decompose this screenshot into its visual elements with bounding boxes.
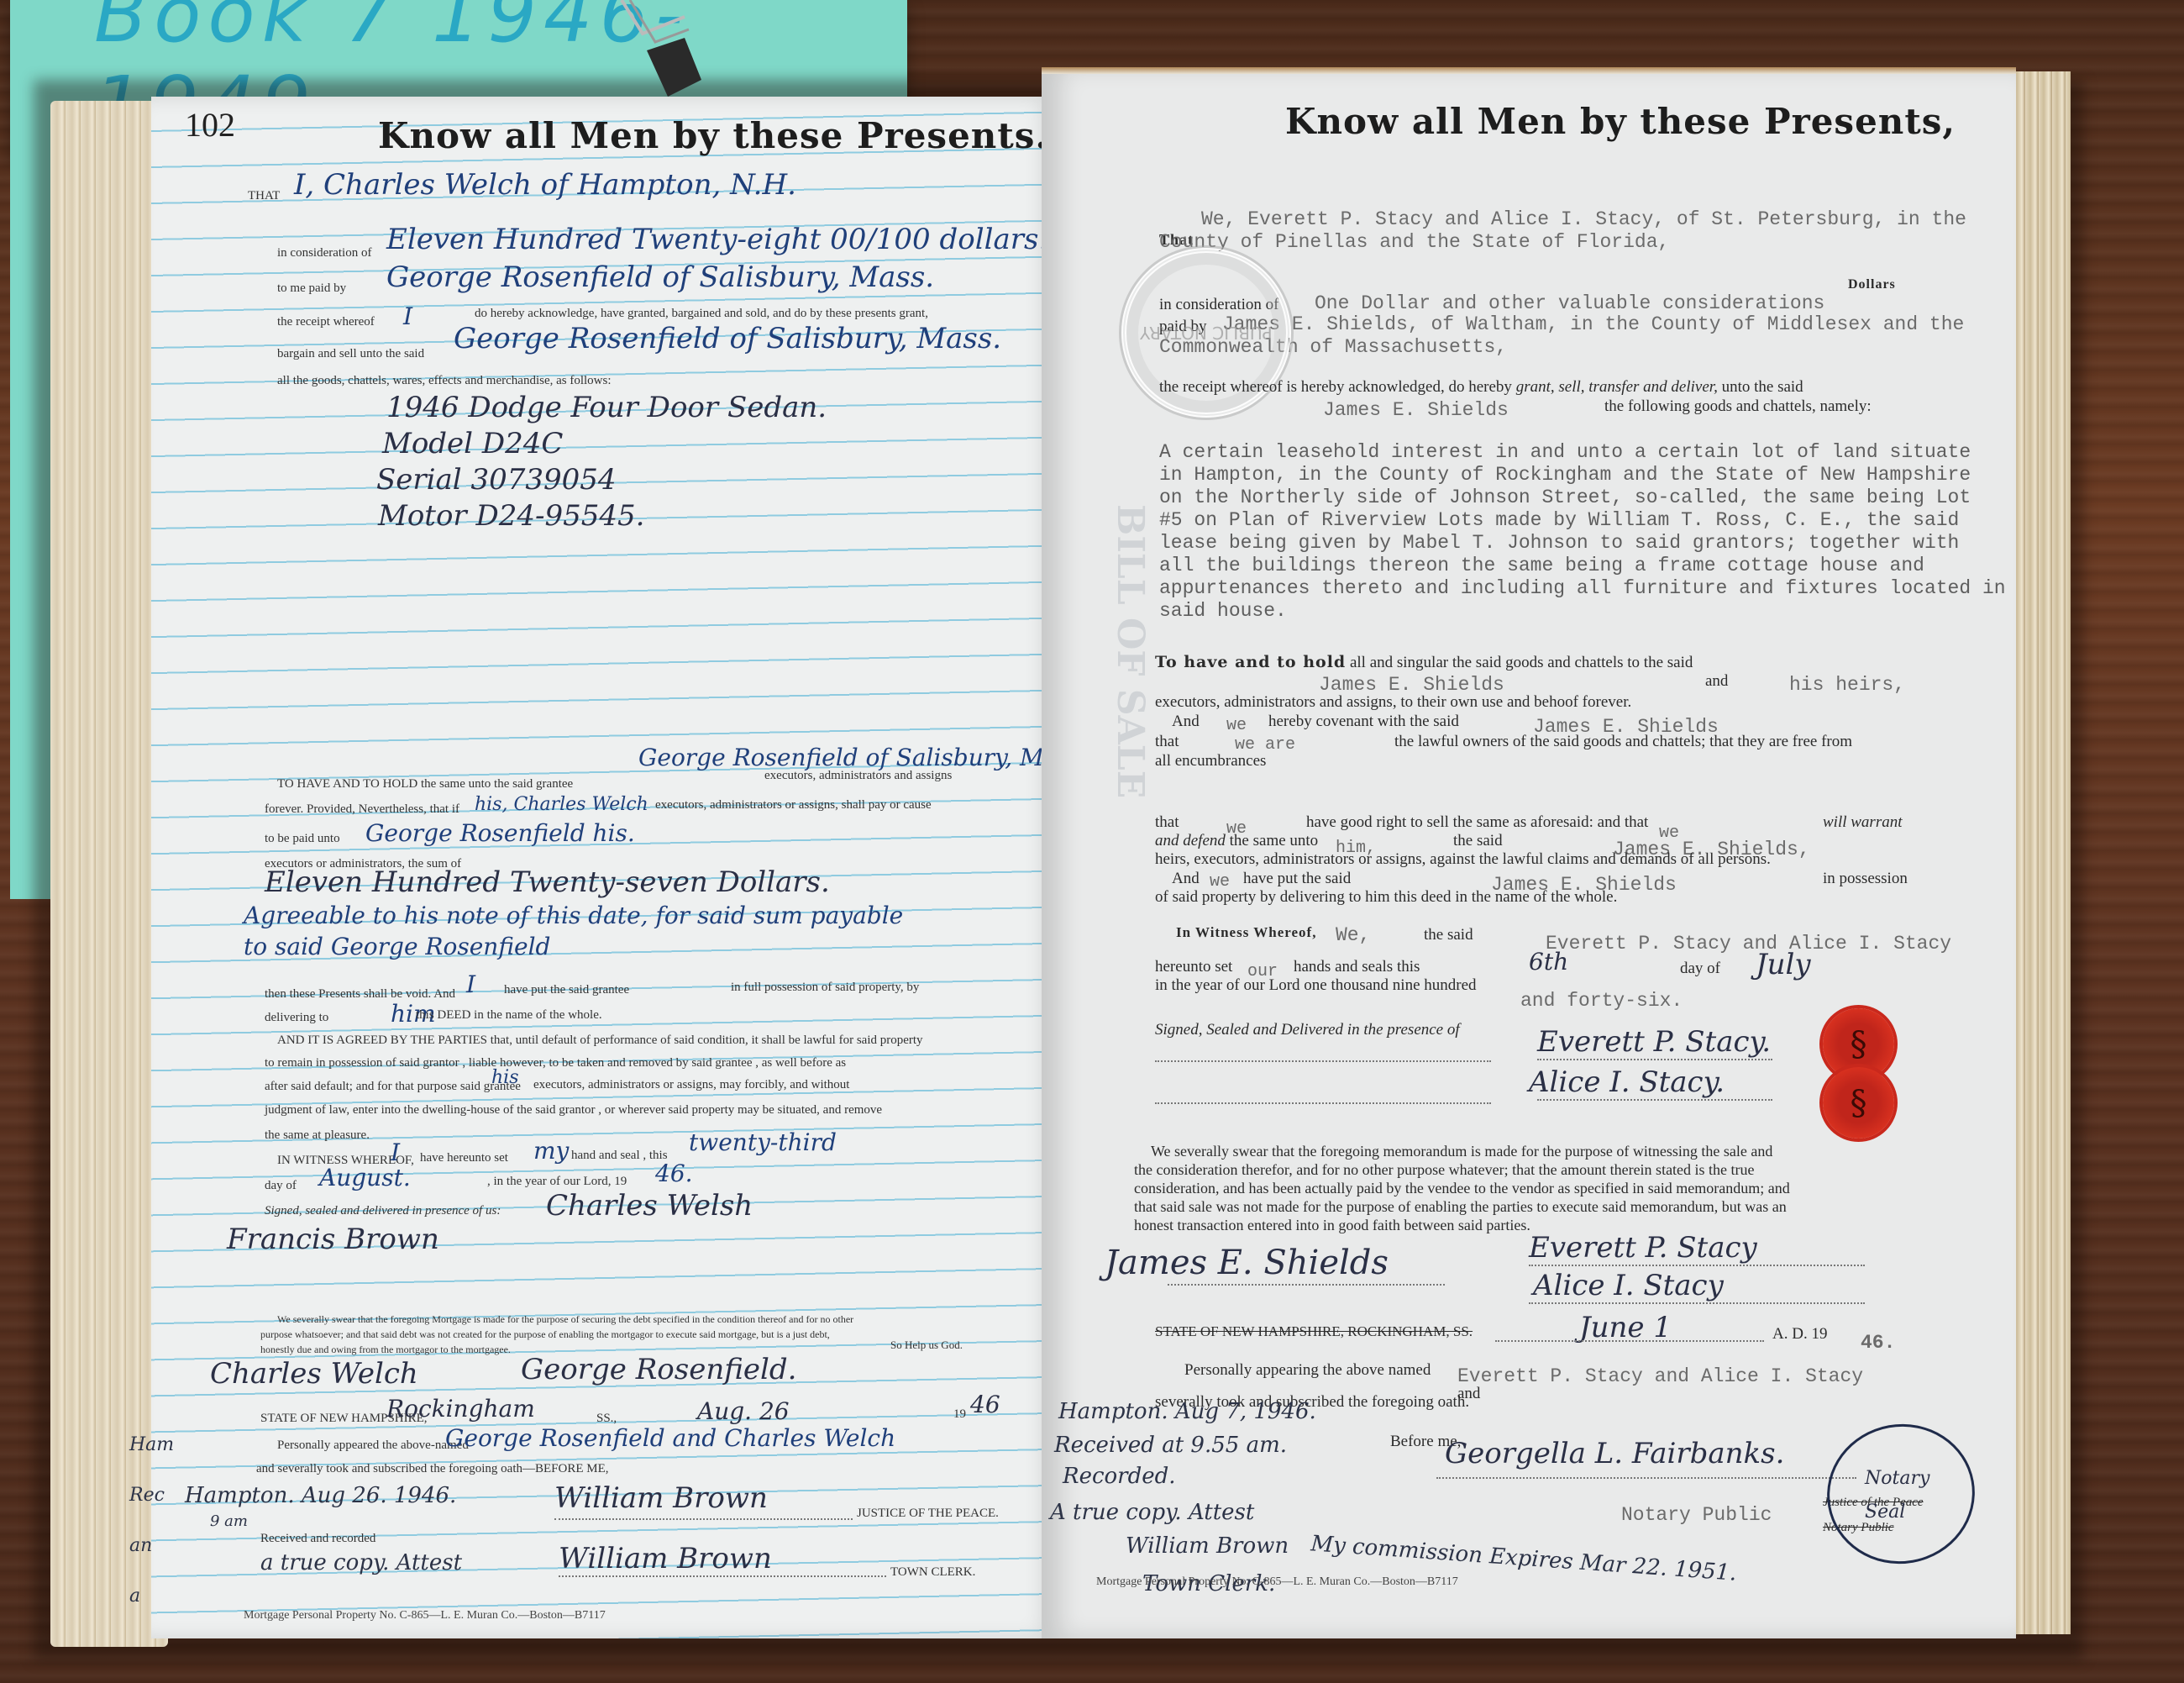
recorded-label: Received and recorded (260, 1532, 375, 1546)
ad-label: A. D. 19 (1772, 1325, 1827, 1344)
receipt-text: the receipt whereof is hereby acknowledg… (1159, 378, 1803, 397)
oath-signature-grantor: Charles Welch (210, 1357, 418, 1391)
state-label-struck: STATE OF NEW HAMPSHIRE, ROCKINGHAM, SS. (1155, 1323, 1473, 1340)
recorded-note-2: Received at 9.55 am. (1054, 1433, 1287, 1458)
witness-day-handwritten: twenty-third (689, 1128, 837, 1156)
warrant-text: will warrant (1823, 813, 1903, 831)
grantors-typed-1: We, Everett P. Stacy and Alice I. Stacy,… (1201, 208, 1966, 230)
notary-line (1436, 1477, 1856, 1479)
habendum-line: To have and to hold all and singular the… (1155, 653, 1693, 672)
habendum-heirs: his heirs, (1789, 674, 1905, 696)
witness-hand-seal: hand and seal , this (571, 1149, 668, 1163)
right-page-footer: Mortgage Personal Property No. C-865—L. … (1096, 1575, 1458, 1589)
attest-note: a true copy. Attest (260, 1550, 462, 1575)
witness-my: my (533, 1137, 569, 1165)
goods-line: in Hampton, in the County of Rockingham … (1159, 464, 1971, 486)
void-text-b: have put the said grantee (504, 983, 629, 997)
signed-delivered-label: Signed, sealed and delivered in presence… (265, 1204, 501, 1218)
defend-line: and defend the same unto (1155, 832, 1318, 850)
grantee-typed: James E. Shields (1323, 399, 1509, 421)
habendum-line-1: TO HAVE AND TO HOLD the same unto the sa… (277, 777, 573, 792)
goods-line: all the buildings thereon the same being… (1159, 555, 1924, 576)
witness-day-handwritten: 6th (1529, 948, 1568, 976)
jp-title: JUSTICE OF THE PEACE. (857, 1507, 999, 1521)
note-handwritten-1: Agreeable to his note of this date, for … (244, 902, 903, 929)
right-warrant: will warrant (1823, 813, 1903, 832)
agreed-line-2: to remain in possession of said grantor … (265, 1056, 846, 1070)
void-pronoun: I (466, 970, 475, 998)
left-page-footer: Mortgage Personal Property No. C-865—L. … (244, 1609, 606, 1623)
receipt-verbs: grant, sell, transfer and deliver, (1516, 378, 1718, 396)
defend-text-a: and defend (1155, 832, 1226, 849)
right-that: that (1155, 813, 1179, 832)
consideration-label: in consideration of (277, 246, 371, 260)
signed-sealed-label: Signed, Sealed and Delivered in the pres… (1155, 1021, 1460, 1039)
page-number: 102 (185, 105, 235, 145)
agreed-line-5: the same at pleasure. (265, 1128, 370, 1143)
margin-note-line: Rec (129, 1485, 165, 1506)
consideration-handwritten: Eleven Hundred Twenty-eight 00/100 dolla… (386, 223, 1047, 256)
agreed-handwritten: his (491, 1067, 519, 1088)
witness-pronoun: I (391, 1139, 400, 1166)
witness-year-typed: and forty-six. (1520, 990, 1683, 1012)
oath-line-2: the consideration therefor, and for no o… (1134, 1161, 1755, 1179)
notary-circle-note: Notary Seal (1865, 1462, 1932, 1529)
notary-typed: Notary Public (1621, 1504, 1772, 1526)
receipt-tail: unto the said (1722, 378, 1803, 396)
recorded-note-1: Hampton. Aug 26. 1946. (185, 1483, 456, 1508)
ack-oath-label: and severally took and subscribed the fo… (256, 1462, 609, 1476)
defend-line-2: heirs, executors, administrators or assi… (1155, 850, 1771, 869)
note-handwritten-2: to said George Rosenfield (244, 933, 550, 960)
defend-said: the said (1453, 832, 1503, 850)
signature-line (1529, 1302, 1865, 1304)
covenant-and: And (1172, 713, 1200, 731)
covenant-text: hereby covenant with the said (1268, 713, 1459, 731)
witness-label: In Witness Whereof, (1176, 924, 1316, 941)
goods-line: said house. (1159, 600, 1287, 622)
right-page-bill-of-sale: Know all Men by these Presents, BILL OF … (1042, 67, 2016, 1638)
paid-by-typed-1: James E. Shields, of Waltham, in the Cou… (1222, 313, 1964, 335)
witness-month-handwritten: August. (319, 1164, 411, 1191)
goods-line: lease being given by Mabel T. Johnson to… (1159, 532, 1959, 554)
margin-note-line: Ham (129, 1434, 174, 1455)
grantors-typed-2: County of Pinellas and the State of Flor… (1159, 231, 1669, 253)
habendum-text: all and singular the said goods and chat… (1350, 654, 1693, 671)
signature-line (1537, 1099, 1772, 1101)
signature-line (1168, 1284, 1445, 1286)
right-page-title: Know all Men by these Presents, (1285, 101, 1956, 142)
goods-line: #5 on Plan of Riverview Lots made by Wil… (1159, 509, 1959, 531)
grantor-signature: Charles Welsh (546, 1189, 753, 1223)
oath-signature-grantee: George Rosenfield. (521, 1353, 796, 1386)
clerk-signature-line (559, 1575, 886, 1577)
habendum-line-3a: to be paid unto (265, 832, 340, 846)
paid-by-handwritten: George Rosenfield of Salisbury, Mass. (386, 260, 934, 294)
agreed-line-1: AND IT IS AGREED BY THE PARTIES that, un… (277, 1033, 923, 1048)
appearing-typed: Everett P. Stacy and Alice I. Stacy (1457, 1365, 1863, 1387)
signature-line (1529, 1265, 1865, 1266)
witness-month-handwritten: July (1756, 948, 1811, 981)
witness-we: We, (1336, 924, 1370, 946)
clerk-signature: William Brown (1126, 1533, 1289, 1559)
recorded-note-4: A true copy. Attest (1050, 1500, 1254, 1525)
oath-line-1: We severally swear that the foregoing me… (1151, 1143, 1772, 1160)
appeared-label: Personally appeared the above-named (277, 1438, 469, 1453)
right-text: have good right to sell the same as afor… (1306, 813, 1648, 832)
clerk-title: TOWN CLERK. (890, 1565, 975, 1580)
page-stack-right (2012, 71, 2071, 1634)
witness-said: the said (1424, 926, 1473, 944)
appeared-handwritten: George Rosenfield and Charles Welch (445, 1424, 895, 1452)
oath-line-3: honestly due and owing from the mortgago… (260, 1344, 511, 1356)
oath-line-1: We severally swear that the foregoing Mo… (277, 1313, 853, 1326)
defend-text-b: the same unto (1230, 832, 1319, 849)
oath-line-3: consideration, and has been actually pai… (1134, 1180, 1790, 1197)
witness-year-label: , in the year of our Lord, 19 (487, 1175, 627, 1189)
sum-handwritten: Eleven Hundred Twenty-seven Dollars. (265, 865, 830, 899)
goods-description: A certain leasehold interest in and unto… (1159, 441, 2006, 623)
recorded-note-3: Recorded. (1063, 1464, 1176, 1489)
witness-set-label: have hereunto set (420, 1151, 508, 1165)
witness-line (1155, 1102, 1491, 1104)
habendum-line-1b: executors, administrators and assigns (764, 769, 952, 783)
agreed-line-3b: executors, administrators or assigns, ma… (533, 1078, 849, 1092)
bleed-through-text: BILL OF SALE (1109, 504, 1152, 798)
void-text-c: in full possession of said property, by (731, 981, 919, 995)
goods-label: all the goods, chattels, wares, effects … (277, 374, 612, 388)
witness-hands: hands and seals this (1294, 958, 1420, 976)
that-label: THAT (248, 189, 280, 203)
grantor-signature-1: Everett P. Stacy. (1537, 1025, 1771, 1059)
habendum-line-2a: forever. Provided, Nevertheless, that if (265, 802, 459, 817)
covenant-owner: the lawful owners of the said goods and … (1394, 733, 1852, 751)
seal-glyph: § (1823, 1067, 1894, 1139)
goods-label: the following goods and chattels, namely… (1604, 397, 1872, 416)
wax-seal: § (1823, 1067, 1894, 1139)
covenant-encumbrances: all encumbrances (1155, 752, 1266, 770)
grantor-handwritten: I, Charles Welch of Hampton, N.H. (294, 168, 796, 202)
habendum-line-3-handwritten: George Rosenfield his. (365, 819, 635, 847)
vendee-signature: James E. Shields (1105, 1244, 1389, 1282)
clerk-signature: William Brown (559, 1542, 772, 1575)
witness-day-of: day of (265, 1179, 297, 1193)
receipt-label: the receipt whereof (277, 315, 375, 329)
witness-signature: Francis Brown (227, 1223, 439, 1256)
deliver-text-a: delivering to (265, 1011, 328, 1025)
goods-line: Motor D24-95545. (378, 499, 644, 533)
seal-text: PUBLIC NOTARY (1140, 323, 1273, 343)
ack-year-typed: 46. (1861, 1332, 1895, 1354)
left-page-mortgage-form: 102 Know all Men by these Presents. THAT… (151, 97, 1058, 1638)
witness-year-handwritten: 46. (655, 1160, 693, 1187)
recorded-note-2: 9 am (210, 1512, 248, 1530)
goods-line: Model D24C (382, 427, 563, 460)
habendum-line-2b: executors, administrators or assigns, sh… (655, 798, 932, 813)
habendum-label: To have and to hold (1155, 653, 1346, 671)
goods-line: appurtenances thereto and including all … (1159, 577, 2006, 599)
recorded-note-1: Hampton. Aug 7, 1946. (1058, 1399, 1316, 1424)
receipt-pronoun: I (403, 302, 412, 330)
habendum-and: and (1705, 672, 1728, 691)
oath-line-2: purpose whatsoever; and that said debt w… (260, 1328, 830, 1341)
habendum-line-2-handwritten: his, Charles Welch (475, 794, 648, 815)
ack-date-handwritten: June 1 (1579, 1311, 1672, 1344)
stack-margin-note: Ham Rec an a (118, 1407, 174, 1609)
ack-year-handwritten: 46 (970, 1391, 1000, 1418)
habendum-grantee-handwritten: George Rosenfield of Salisbury, Mass. (638, 744, 1089, 771)
witness-set-label: hereunto set (1155, 958, 1232, 976)
bargain-label: bargain and sell unto the said (277, 347, 424, 361)
notary-signature: Georgella L. Fairbanks. (1445, 1437, 1784, 1470)
date-line (1495, 1340, 1764, 1342)
witness-year-label: in the year of our Lord one thousand nin… (1155, 976, 1477, 995)
page-edge (1042, 67, 2016, 74)
agreed-line-4: judgment of law, enter into the dwelling… (265, 1103, 882, 1118)
ack-date-handwritten: Aug. 26 (697, 1397, 790, 1425)
binder-clip-icon (605, 0, 706, 101)
oath-signature-1: Everett P. Stacy (1529, 1231, 1757, 1265)
goods-line: A certain leasehold interest in and unto… (1159, 441, 1971, 463)
agreed-line-3a: after said default; and for that purpose… (265, 1080, 521, 1094)
county-handwritten: Rockingham (386, 1395, 535, 1423)
consideration-typed: One Dollar and other valuable considerat… (1315, 292, 1824, 314)
receipt-text: do hereby acknowledge, have granted, bar… (475, 307, 928, 321)
oath-line-5: honest transaction entered into in good … (1134, 1217, 1530, 1234)
possession-text: have put the said (1243, 870, 1351, 888)
oath-help: So Help us God. (890, 1339, 963, 1352)
appearing-label: Personally appearing the above named (1184, 1361, 1431, 1380)
paid-by-label: to me paid by (277, 281, 346, 296)
left-page-title: Know all Men by these Presents. (378, 115, 1048, 156)
goods-line: Serial 30739054 (376, 463, 617, 497)
jp-signature: William Brown (554, 1481, 768, 1515)
dollars-label: Dollars (1848, 277, 1896, 292)
possession-and: And (1172, 870, 1200, 888)
covenant-that: that (1155, 733, 1179, 751)
witness-names: Everett P. Stacy and Alice I. Stacy (1546, 933, 1951, 955)
habendum-line-2: executors, administrators and assigns, t… (1155, 693, 1631, 712)
receipt-text-main: the receipt whereof is hereby acknowledg… (1159, 378, 1512, 396)
ack-year-label: 19 (953, 1407, 966, 1422)
oath-signature-2: Alice I. Stacy (1533, 1269, 1724, 1302)
goods-line: 1946 Dodge Four Door Sedan. (386, 391, 827, 424)
witness-line (1155, 1060, 1491, 1062)
grantor-signature-2: Alice I. Stacy. (1529, 1065, 1725, 1099)
margin-note-line: a (129, 1586, 140, 1607)
goods-line: on the Northerly side of Johnson Street,… (1159, 486, 1971, 508)
margin-note-line: an (129, 1535, 152, 1556)
covenant-we: we (1226, 716, 1247, 735)
signature-line (1537, 1059, 1772, 1060)
oath-line-4: that said sale was not made for the purp… (1134, 1198, 1787, 1216)
possession-tail: in possession (1823, 870, 1908, 888)
jp-signature-line (554, 1518, 853, 1520)
possession-line: of said property by delivering to him th… (1155, 888, 1617, 907)
deliver-text-b: this DEED in the name of the whole. (416, 1008, 602, 1023)
grantee-handwritten: George Rosenfield of Salisbury, Mass. (454, 322, 1001, 355)
witness-day-of: day of (1680, 960, 1720, 978)
